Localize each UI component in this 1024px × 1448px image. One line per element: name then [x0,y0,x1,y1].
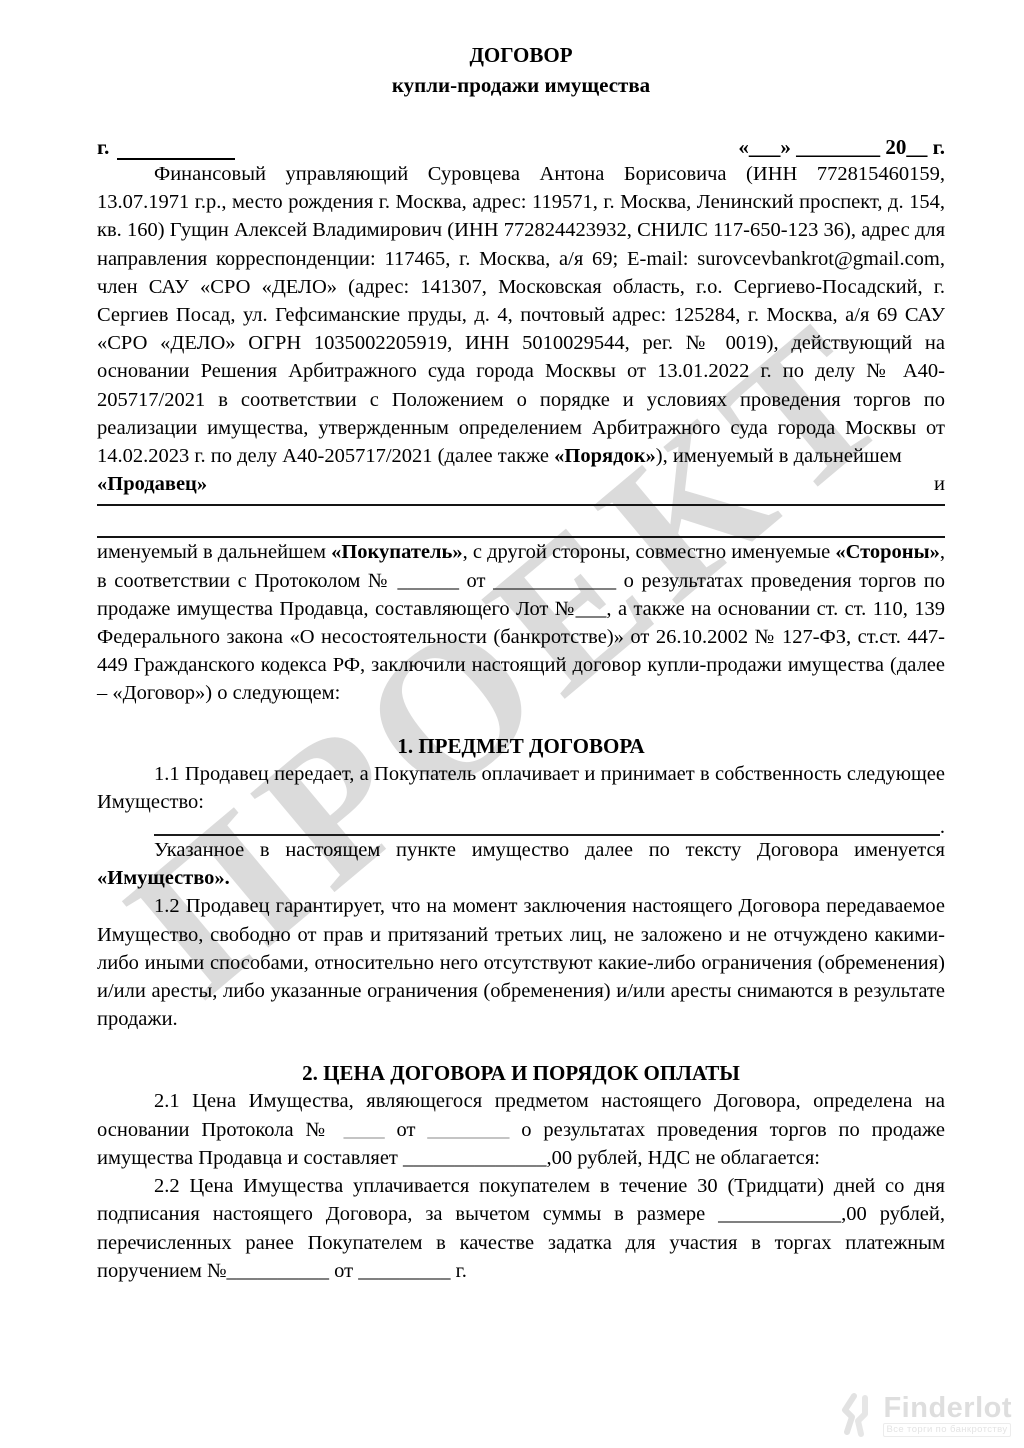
paragraph-preamble-seller: Финансовый управляющий Суровцева Антона … [97,160,945,470]
conjunction-and: и [934,470,945,498]
title-line-2: купли-продажи имущества [97,70,945,100]
date-field: «___» ________ 20__ г. [738,134,945,160]
fill-line-period: . [940,818,945,836]
paragraph-2-2: 2.2 Цена Имущества уплачивается покупате… [97,1172,945,1285]
seller-term: «Продавец» [97,470,207,498]
city-field: г. [97,134,235,160]
section-1-heading: 1. ПРЕДМЕТ ДОГОВОРА [97,732,945,760]
property-fill-line-row: . [97,818,945,836]
finderlot-watermark: Finderlot Все торги по банкротству [838,1390,1012,1440]
city-date-line: г. «___» ________ 20__ г. [97,134,945,160]
title-line-1: ДОГОВОР [97,40,945,70]
paragraph-preamble-buyer: именуемый в дальнейшем «Покупатель», с д… [97,538,945,707]
city-blank-line [117,138,235,160]
buyer-blank-line-1 [97,504,945,506]
document-title: ДОГОВОР купли-продажи имущества [97,0,945,100]
finderlot-text-block: Finderlot Все торги по банкротству [883,1394,1012,1437]
property-blank-line [154,818,940,836]
finderlot-logo-icon [838,1390,878,1440]
seller-designation-line: «Продавец» и [97,470,945,498]
section-2-heading: 2. ЦЕНА ДОГОВОРА И ПОРЯДОК ОПЛАТЫ [97,1059,945,1087]
contract-content: ДОГОВОР купли-продажи имущества г. «___»… [97,0,945,1285]
contract-page: ПРОЕКТ ДОГОВОР купли-продажи имущества г… [0,0,1024,1448]
finderlot-tagline: Все торги по банкротству [883,1423,1010,1437]
paragraph-property-named: Указанное в настоящем пункте имущество д… [97,836,945,892]
paragraph-1-1: 1.1 Продавец передает, а Покупатель опла… [97,760,945,816]
finderlot-wordmark: Finderlot [883,1394,1012,1422]
paragraph-1-2: 1.2 Продавец гарантирует, что на момент … [97,892,945,1033]
city-prefix: г. [97,134,109,160]
paragraph-2-1: 2.1 Цена Имущества, являющегося предмето… [97,1087,945,1172]
